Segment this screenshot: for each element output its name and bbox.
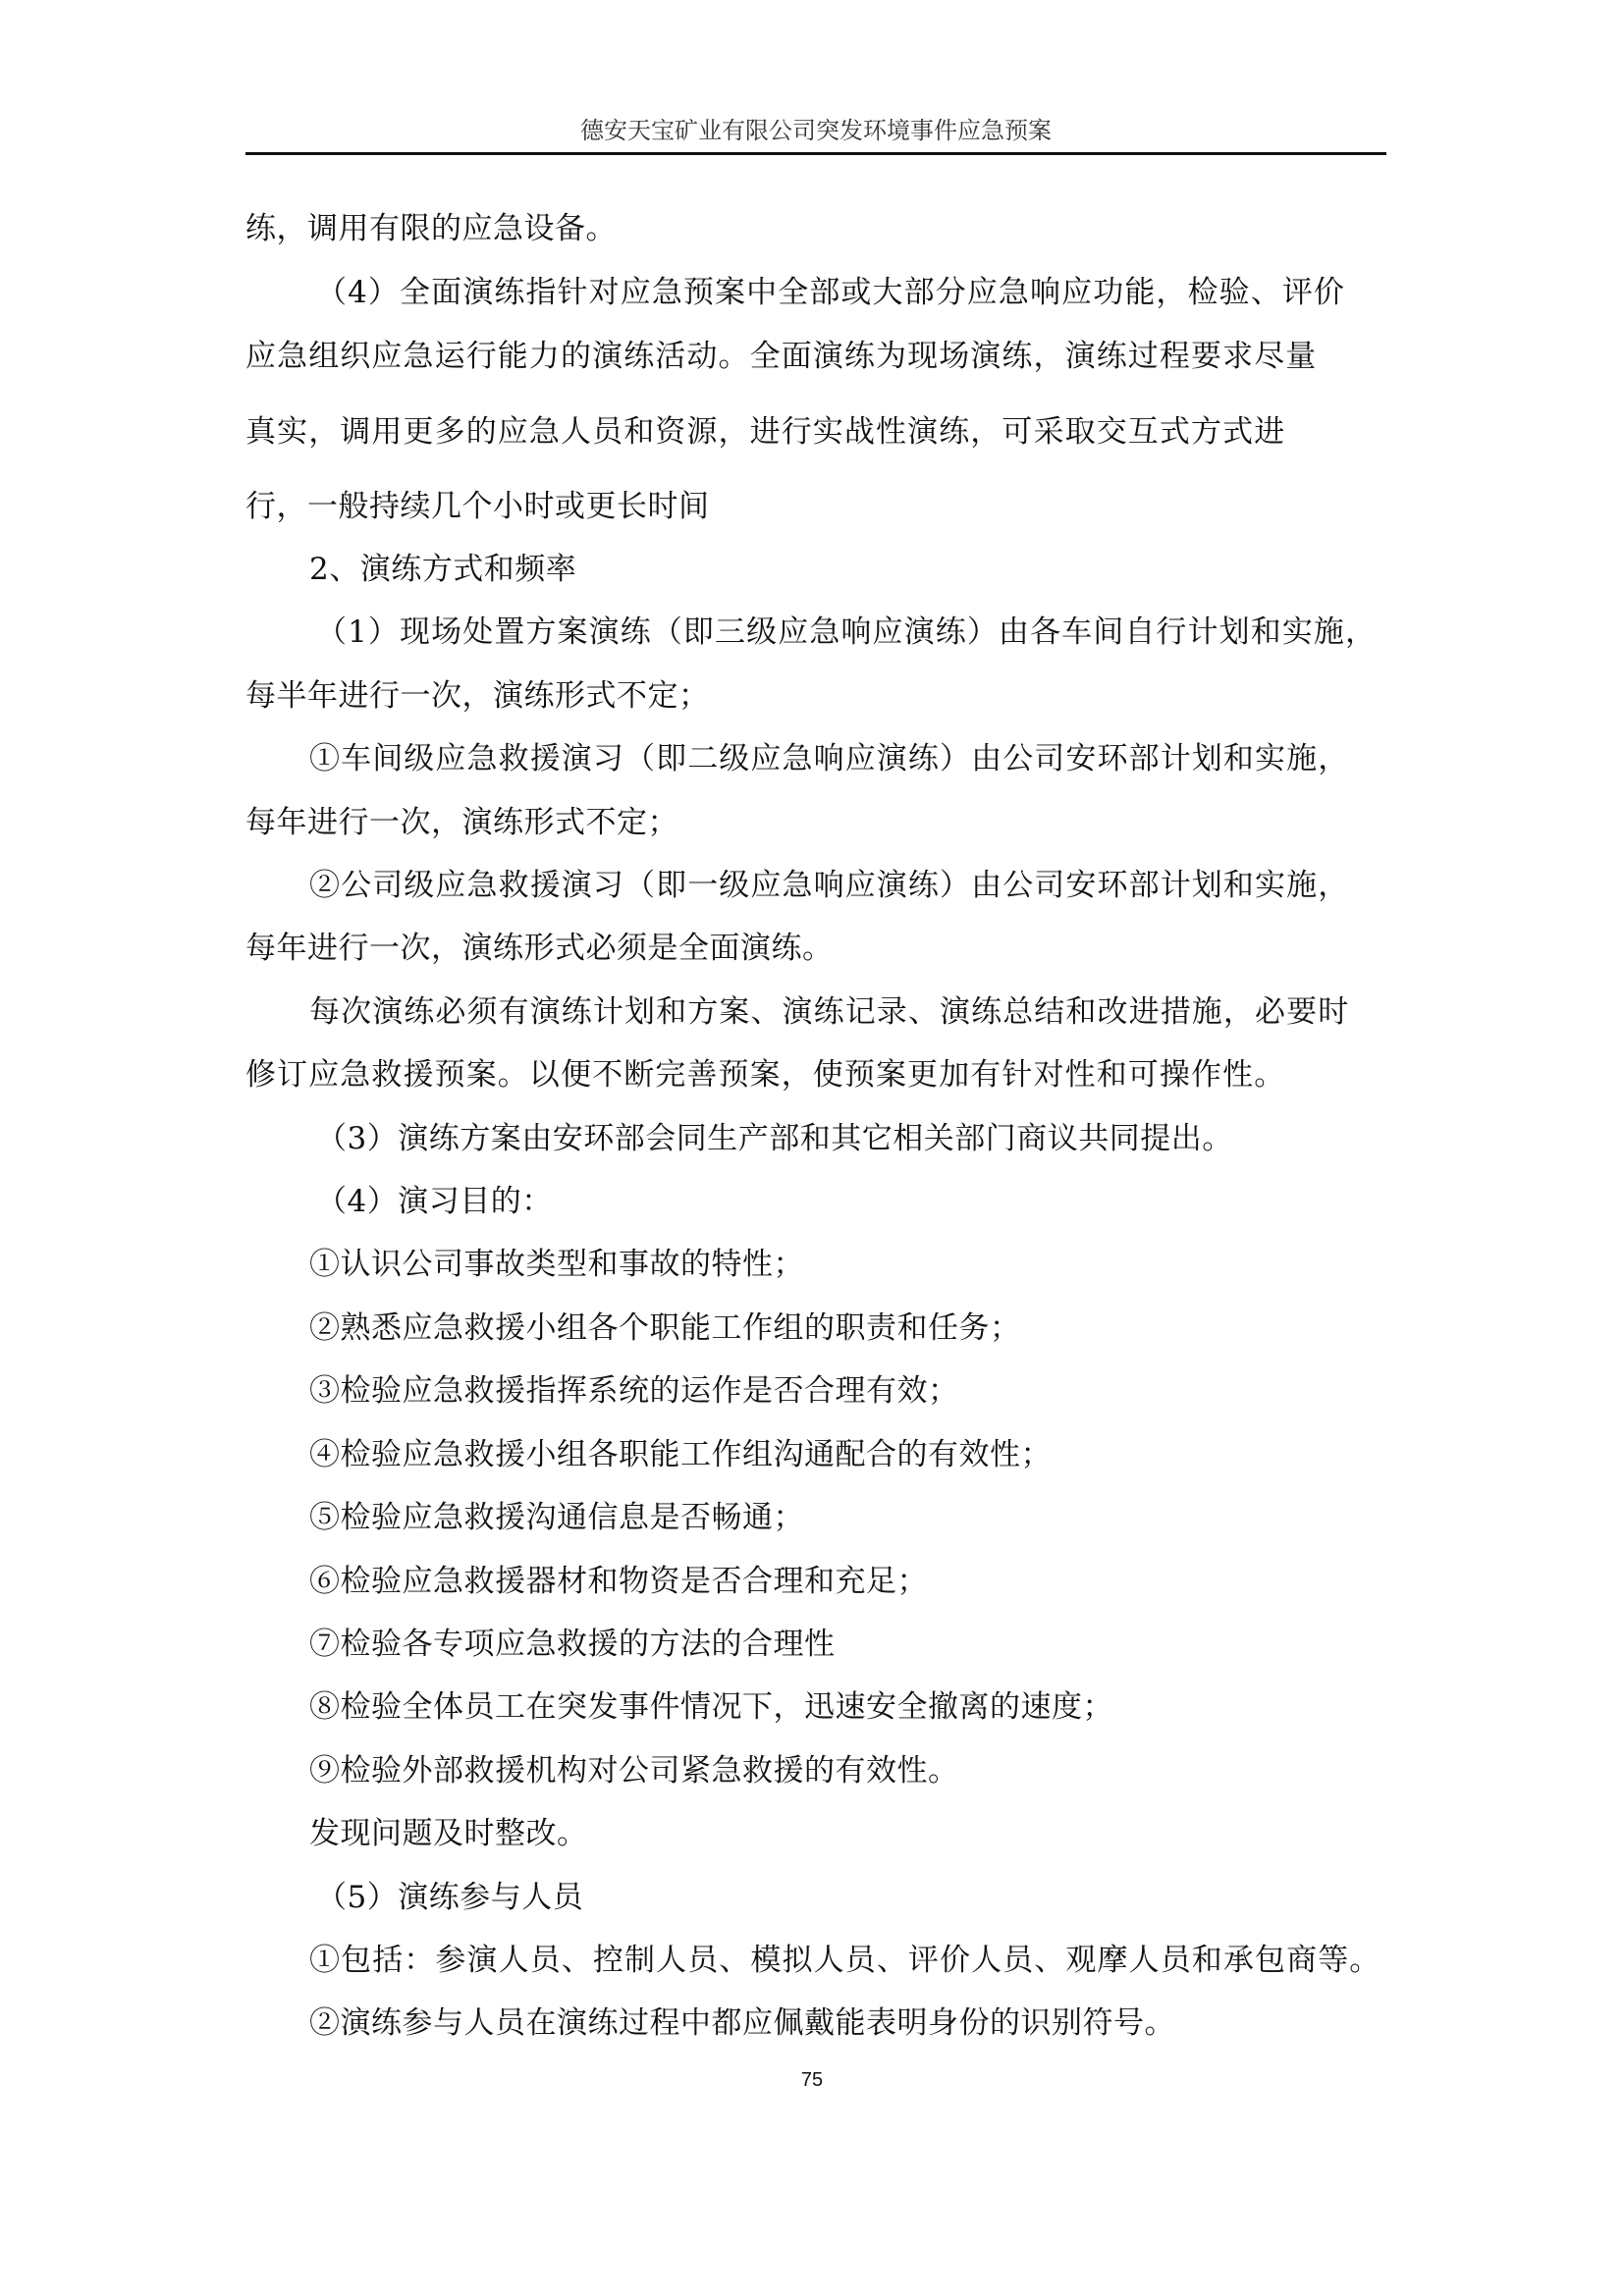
paragraph-line: 发现问题及时整改。 (309, 1814, 588, 1853)
paragraph-line: 练，调用有限的应急设备。 (245, 209, 617, 248)
list-item: ①认识公司事故类型和事故的特性； (309, 1245, 804, 1284)
paragraph-line: 应急组织应急运行能力的演练活动。全面演练为现场演练，演练过程要求尽量 (245, 337, 1317, 376)
list-item: ③检验应急救援指挥系统的运作是否合理有效； (309, 1371, 959, 1411)
paragraph-line: （1）现场处置方案演练（即三级应急响应演练）由各车间自行计划和实施， (316, 613, 1377, 652)
paragraph-line: 每年进行一次，演练形式不定； (245, 803, 678, 842)
list-item: ①包括：参演人员、控制人员、模拟人员、评价人员、观摩人员和承包商等。 (309, 1941, 1380, 1980)
list-item: ⑦检验各专项应急救援的方法的合理性 (309, 1625, 836, 1664)
document-page: 德安天宝矿业有限公司突发环境事件应急预案 练，调用有限的应急设备。 （4）全面演… (0, 0, 1624, 2296)
list-item: ④检验应急救援小组各职能工作组沟通配合的有效性； (309, 1435, 1052, 1474)
list-item: ⑨检验外部救援机构对公司紧急救援的有效性。 (309, 1751, 959, 1790)
list-item: ②熟悉应急救援小组各个职能工作组的职责和任务； (309, 1308, 1021, 1348)
paragraph-line: 每半年进行一次，演练形式不定； (245, 676, 710, 716)
paragraph-line: ②公司级应急救援演习（即一级应急响应演练）由公司安环部计划和实施， (309, 866, 1349, 905)
paragraph-line: 行，一般持续几个小时或更长时间 (245, 487, 710, 526)
page-number: 75 (0, 2069, 1624, 2092)
paragraph-line: 每次演练必须有演练计划和方案、演练记录、演练总结和改进措施，必要时 (309, 992, 1349, 1032)
paragraph-line: 真实，调用更多的应急人员和资源，进行实战性演练，可采取交互式方式进 (245, 412, 1285, 452)
paragraph-line: 每年进行一次，演练形式必须是全面演练。 (245, 929, 834, 968)
list-item: ⑤检验应急救援沟通信息是否畅通； (309, 1498, 804, 1537)
paragraph-line: （4）全面演练指针对应急预案中全部或大部分应急响应功能，检验、评价 (316, 273, 1345, 312)
paragraph-line: （3）演练方案由安环部会同生产部和其它相关部门商议共同提出。 (316, 1119, 1233, 1158)
paragraph-line: （4）演习目的： (316, 1182, 553, 1221)
list-item: ⑧检验全体员工在突发事件情况下，迅速安全撤离的速度； (309, 1687, 1113, 1727)
paragraph-line: 修订应急救援预案。以便不断完善预案，使预案更加有针对性和可操作性。 (245, 1055, 1285, 1095)
list-item: ②演练参与人员在演练过程中都应佩戴能表明身份的识别符号。 (309, 2003, 1175, 2043)
paragraph-line: ①车间级应急救援演习（即二级应急响应演练）由公司安环部计划和实施， (309, 739, 1349, 778)
running-header-title: 德安天宝矿业有限公司突发环境事件应急预案 (245, 116, 1386, 145)
header-divider (245, 152, 1386, 155)
list-item: ⑥检验应急救援器材和物资是否合理和充足； (309, 1562, 928, 1601)
paragraph-line: （5）演练参与人员 (316, 1878, 583, 1917)
section-heading: 2、演练方式和频率 (309, 550, 576, 589)
